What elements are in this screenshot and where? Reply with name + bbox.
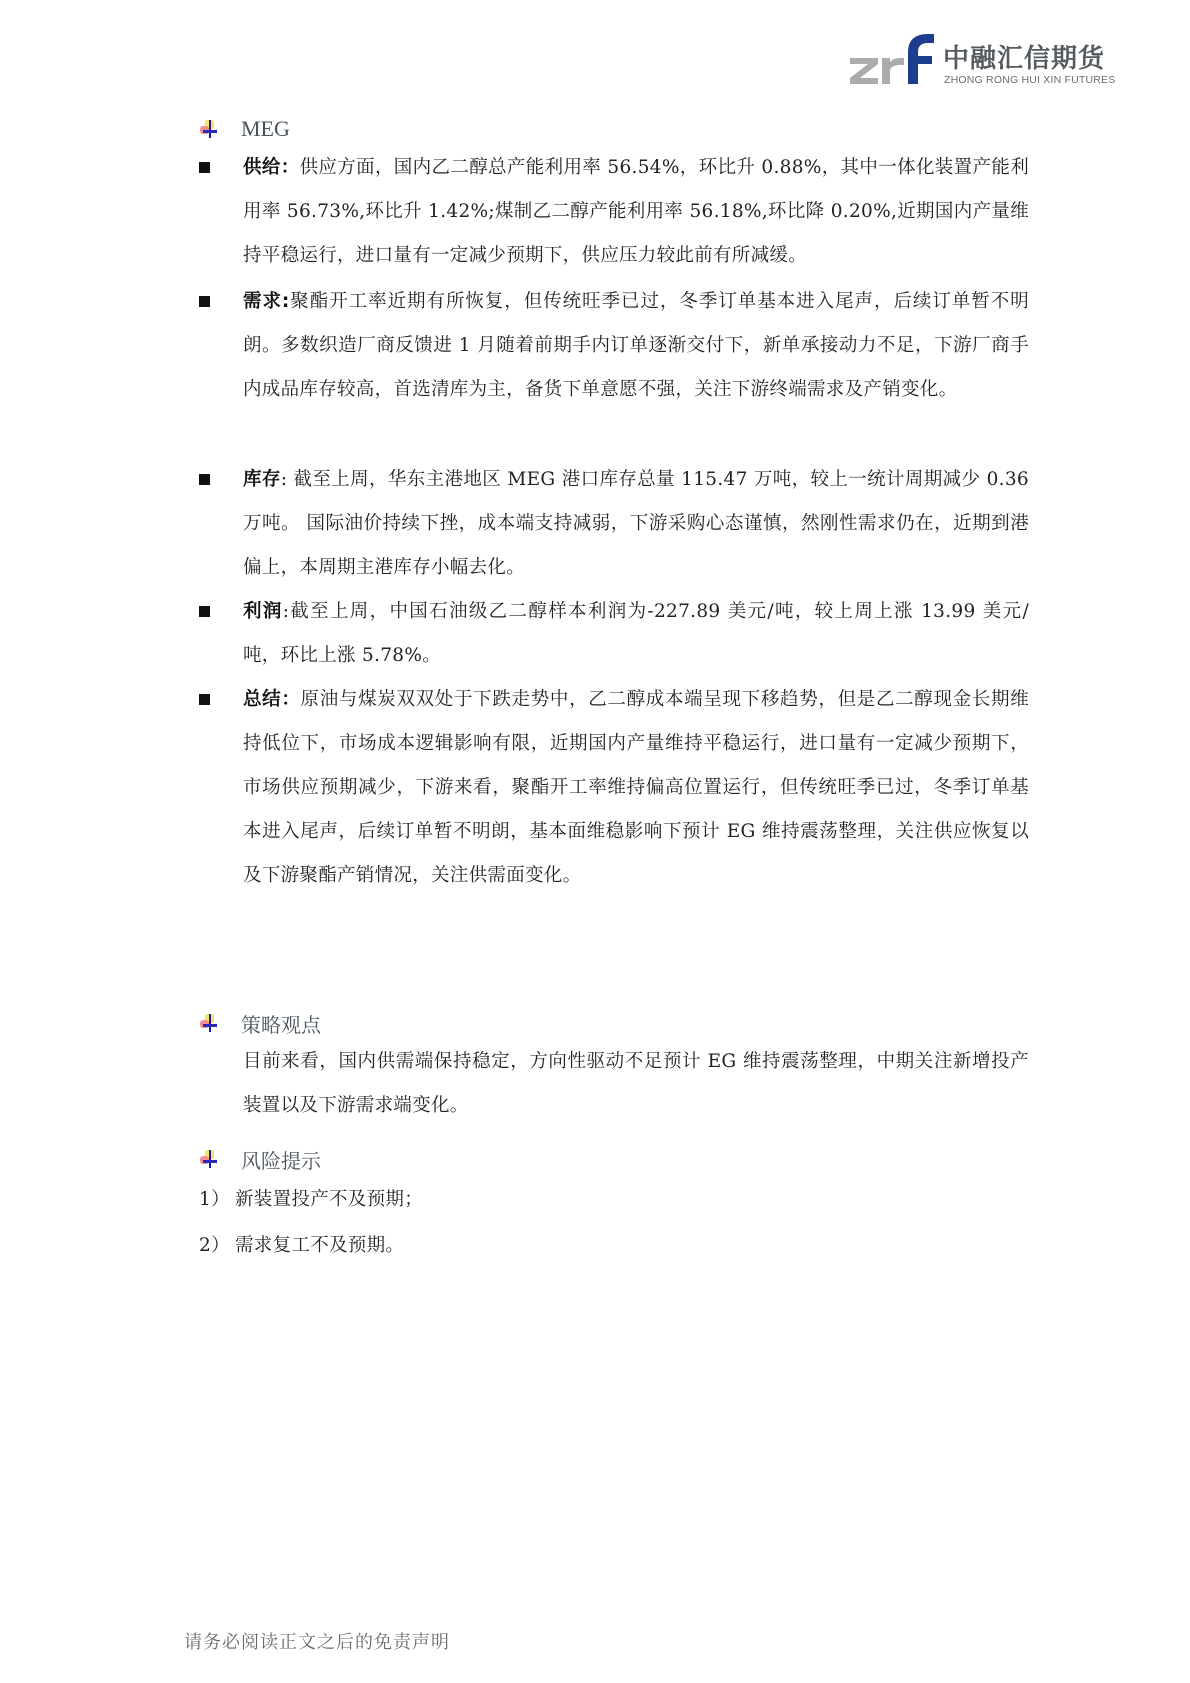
bullet-profit: 利润:截至上周，中国石油级乙二醇样本利润为-227.89 美元/吨，较上周上涨 … [199, 590, 1029, 678]
square-bullet-icon [199, 694, 210, 705]
section-heading-meg: MEG [199, 114, 290, 144]
bullet-body: : 截至上周，华东主港地区 MEG 港口库存总量 115.47 万吨，较上一统计… [243, 469, 1029, 578]
section-heading-risk: 风险提示 [199, 1144, 321, 1174]
risk-text: 需求复工不及预期。 [235, 1235, 404, 1256]
bullet-cross-icon [199, 118, 221, 140]
bullet-label: 总结： [243, 689, 301, 710]
strategy-paragraph: 目前来看，国内供需端保持稳定，方向性驱动不足预计 EG 维持震荡整理，中期关注新… [243, 1040, 1029, 1128]
bullet-body: 原油与煤炭双双处于下跌走势中，乙二醇成本端呈现下移趋势，但是乙二醇现金长期维持低… [243, 689, 1029, 886]
bullet-label: 需求: [243, 291, 290, 312]
section-heading-strategy: 策略观点 [199, 1008, 321, 1038]
square-bullet-icon [199, 162, 210, 173]
bullet-inventory: 库存: 截至上周，华东主港地区 MEG 港口库存总量 115.47 万吨，较上一… [199, 458, 1029, 590]
section-title: 策略观点 [241, 1009, 321, 1038]
bullet-body: 供应方面，国内乙二醇总产能利用率 56.54%，环比升 0.88%，其中一体化装… [243, 157, 1029, 266]
bullet-supply: 供给：供应方面，国内乙二醇总产能利用率 56.54%，环比升 0.88%，其中一… [199, 146, 1029, 278]
bullet-label: 利润 [243, 601, 283, 622]
risk-number: 2） [199, 1224, 235, 1268]
risk-text: 新装置投产不及预期； [235, 1189, 423, 1210]
logo-english-name: ZHONG RONG HUI XIN FUTURES [944, 74, 1115, 86]
bullet-demand: 需求:聚酯开工率近期有所恢复，但传统旺季已过，冬季订单基本进入尾声，后续订单暂不… [199, 280, 1029, 412]
section-title: 风险提示 [241, 1145, 321, 1174]
bullet-summary: 总结：原油与煤炭双双处于下跌走势中，乙二醇成本端呈现下移趋势，但是乙二醇现金长期… [199, 678, 1029, 898]
bullet-cross-icon [199, 1148, 221, 1170]
risk-item: 2）需求复工不及预期。 [199, 1224, 404, 1268]
risk-item: 1）新装置投产不及预期； [199, 1178, 423, 1222]
bullet-body: :截至上周，中国石油级乙二醇样本利润为-227.89 美元/吨，较上周上涨 13… [243, 601, 1029, 666]
square-bullet-icon [199, 474, 210, 485]
disclaimer-footer: 请务必阅读正文之后的免责声明 [184, 1628, 450, 1654]
risk-number: 1） [199, 1178, 235, 1222]
company-logo: 中融汇信期货 ZHONG RONG HUI XIN FUTURES [848, 30, 1118, 90]
zrf-logo-mark-icon [848, 30, 938, 90]
bullet-label: 库存 [243, 469, 281, 490]
square-bullet-icon [199, 296, 210, 307]
bullet-cross-icon [199, 1012, 221, 1034]
logo-chinese-name: 中融汇信期货 [943, 38, 1105, 75]
section-title: MEG [241, 116, 290, 142]
bullet-label: 供给： [243, 157, 300, 178]
bullet-body: 聚酯开工率近期有所恢复，但传统旺季已过，冬季订单基本进入尾声，后续订单暂不明朗。… [243, 291, 1029, 400]
square-bullet-icon [199, 606, 210, 617]
